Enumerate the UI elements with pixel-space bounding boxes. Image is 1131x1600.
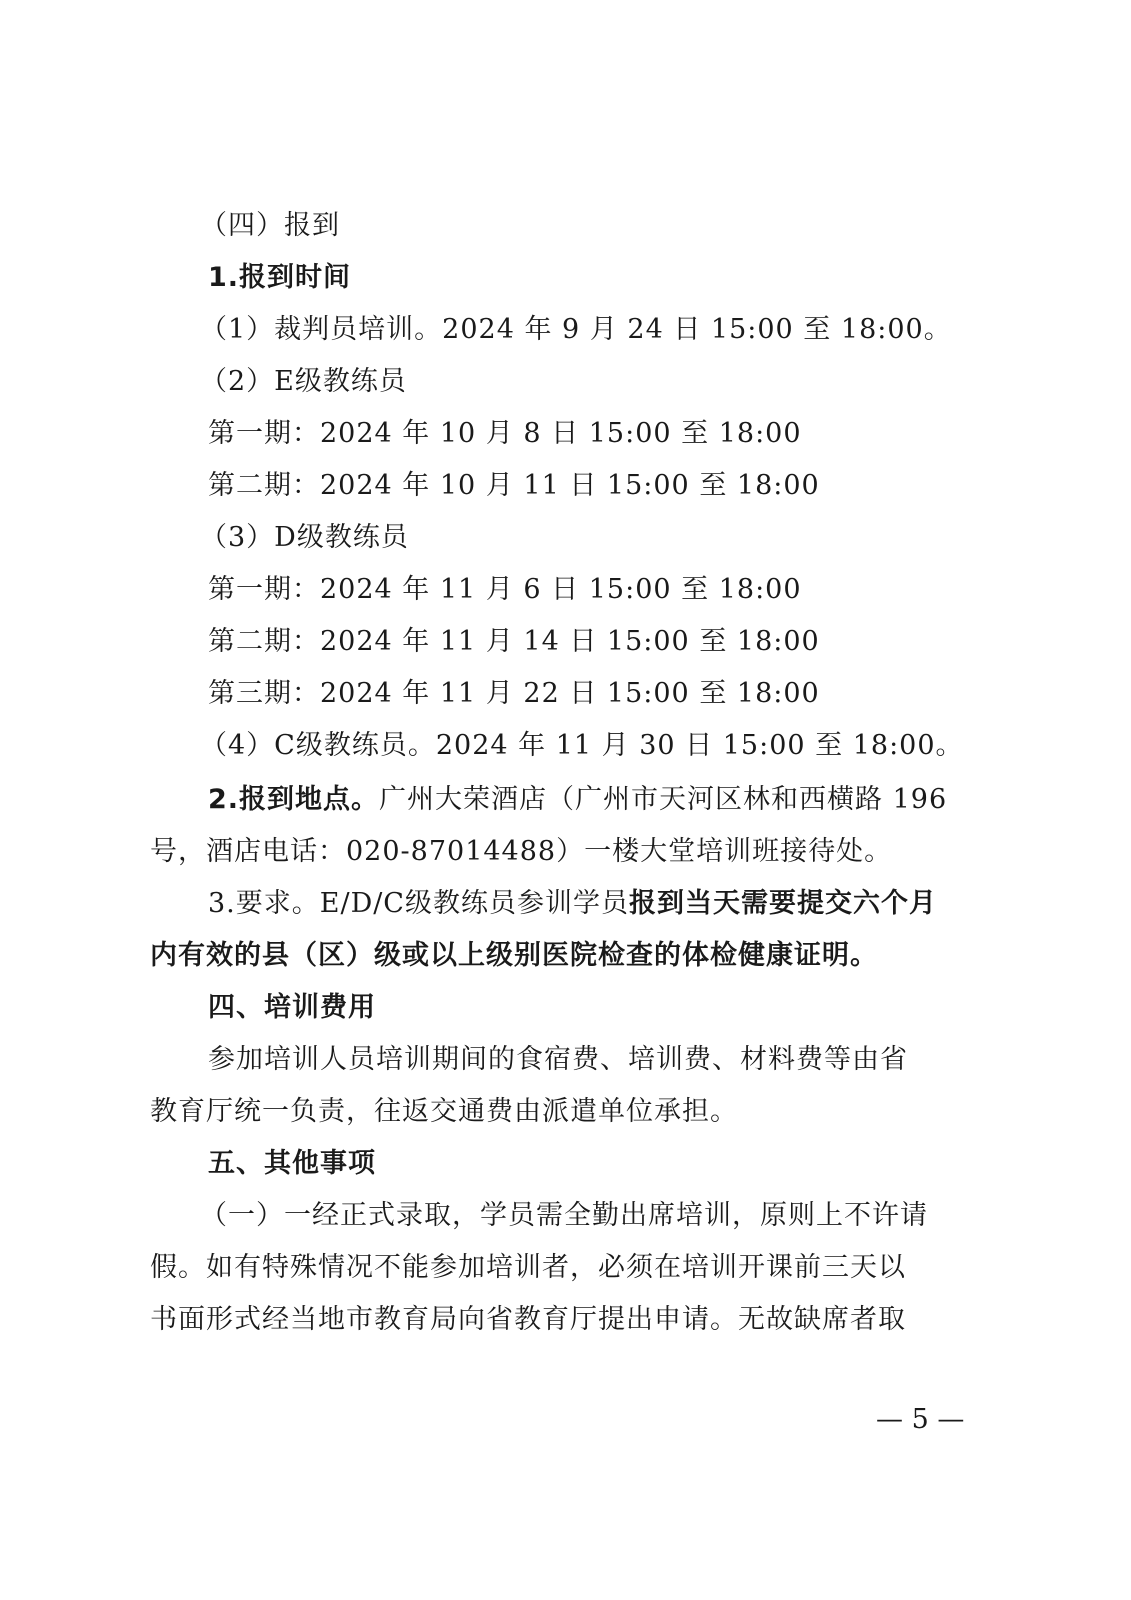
location-label: 2.报到地点。	[208, 784, 379, 815]
other-line-2: 假。如有特殊情况不能参加培训者，必须在培训开课前三天以	[150, 1250, 906, 1286]
d-level-period-1: 第一期：2024 年 11 月 6 日 15:00 至 18:00	[208, 572, 802, 608]
requirement-emphasis-line-2: 内有效的县（区）级或以上级别医院检查的体检健康证明。	[150, 938, 878, 974]
d-level-period-3: 第三期：2024 年 11 月 22 日 15:00 至 18:00	[208, 676, 820, 712]
d-level-period-2: 第二期：2024 年 11 月 14 日 15:00 至 18:00	[208, 624, 820, 660]
other-line-3: 书面形式经当地市教育局向省教育厅提出申请。无故缺席者取	[150, 1302, 906, 1338]
time-heading: 1.报到时间	[208, 260, 351, 296]
fee-line-2: 教育厅统一负责，往返交通费由派遣单位承担。	[150, 1094, 738, 1130]
e-level-heading: （2）E级教练员	[200, 364, 407, 400]
c-level-time: （4）C级教练员。2024 年 11 月 30 日 15:00 至 18:00。	[200, 728, 964, 764]
location-line-2: 号，酒店电话：020-87014488）一楼大堂培训班接待处。	[150, 834, 892, 870]
location-paragraph: 2.报到地点。广州大荣酒店（广州市天河区林和西横路 196	[208, 782, 947, 818]
fee-line-1: 参加培训人员培训期间的食宿费、培训费、材料费等由省	[208, 1042, 908, 1078]
other-line-1: （一）一经正式录取，学员需全勤出席培训，原则上不许请	[200, 1198, 928, 1234]
requirement-prefix: 3.要求。E/D/C级教练员参训学员	[208, 888, 629, 919]
e-level-period-1: 第一期：2024 年 10 月 8 日 15:00 至 18:00	[208, 416, 802, 452]
page-number: — 5 —	[876, 1402, 964, 1438]
d-level-heading: （3）D级教练员	[200, 520, 409, 556]
checkin-heading: （四）报到	[200, 208, 340, 244]
fee-heading: 四、培训费用	[208, 990, 376, 1026]
requirement-paragraph: 3.要求。E/D/C级教练员参训学员报到当天需要提交六个月	[208, 886, 937, 922]
location-text: 广州大荣酒店（广州市天河区林和西横路 196	[379, 784, 947, 815]
referee-time: （1）裁判员培训。2024 年 9 月 24 日 15:00 至 18:00。	[200, 312, 952, 348]
e-level-period-2: 第二期：2024 年 10 月 11 日 15:00 至 18:00	[208, 468, 820, 504]
requirement-emphasis: 报到当天需要提交六个月	[629, 888, 937, 919]
other-heading: 五、其他事项	[208, 1146, 376, 1182]
